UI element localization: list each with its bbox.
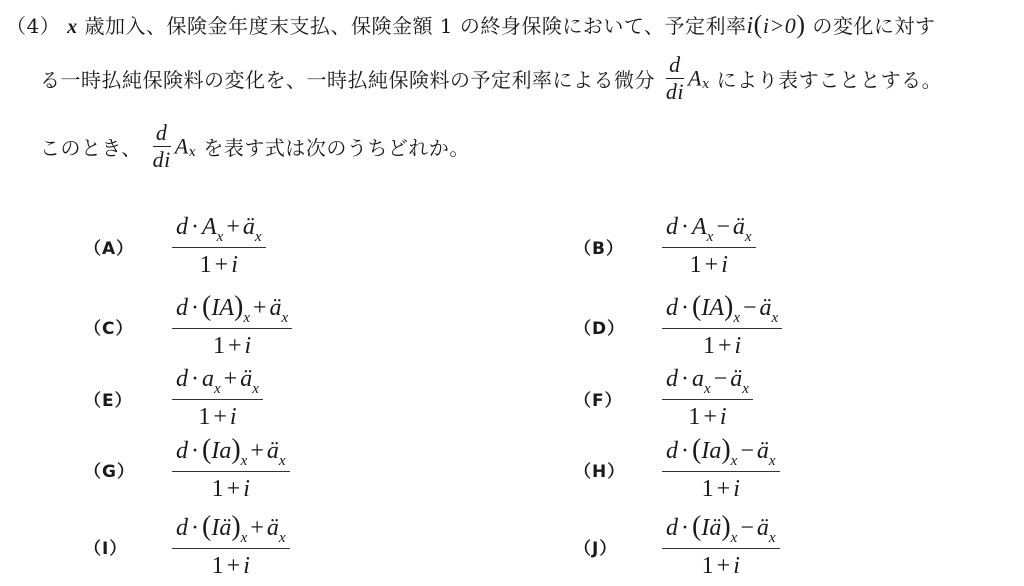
rparen: ): [231, 434, 240, 465]
dot: ·: [681, 214, 689, 240]
denominator: 1+i: [172, 329, 292, 361]
operator: +: [224, 366, 238, 392]
option-label: （I）: [84, 534, 172, 559]
annuity-due: ä: [733, 214, 745, 240]
den-one: 1: [212, 553, 224, 579]
operator: −: [740, 515, 754, 541]
annuity-due: ä: [240, 366, 252, 392]
den-plus: +: [717, 476, 731, 502]
den-i: i: [720, 404, 727, 430]
denominator: 1+i: [662, 472, 780, 504]
operator: +: [250, 438, 264, 464]
denominator: 1+i: [662, 549, 780, 581]
question-line-3: このとき、 d di Ax を表す式は次のうちどれか。: [40, 120, 470, 173]
var-d: d: [176, 438, 188, 464]
term: Ia: [701, 438, 721, 464]
den-plus: +: [703, 404, 717, 430]
cond-inner: i>0: [763, 13, 796, 38]
rparen: ): [721, 434, 730, 465]
dot: ·: [681, 438, 689, 464]
term: Ia: [211, 438, 231, 464]
option-formula: d·ax+äx 1+i: [172, 364, 263, 432]
lparen: (: [692, 291, 701, 322]
option-formula: d·(Ia)x−äx 1+i: [662, 435, 780, 504]
operator: −: [714, 366, 728, 392]
option-e[interactable]: （E） d·ax+äx 1+i: [84, 364, 263, 432]
term: a: [202, 366, 214, 392]
question-line-2: る一時払純保険料の変化を、一時払純保険料の予定利率による微分 d di Ax に…: [40, 52, 942, 105]
var-d: d: [666, 214, 678, 240]
sub-x: x: [279, 530, 286, 546]
den-i: i: [721, 252, 728, 278]
den-plus: +: [215, 252, 229, 278]
var-d: d: [666, 438, 678, 464]
option-label: （D）: [574, 314, 662, 339]
sub-x: x: [731, 530, 738, 546]
cond-close: ): [796, 10, 805, 39]
var-d: d: [176, 515, 188, 541]
den-plus: +: [717, 553, 731, 579]
line2-text-b: により表すこととする。: [717, 68, 943, 92]
operator: −: [716, 214, 730, 240]
deriv-den: di: [153, 147, 171, 173]
denominator: 1+i: [172, 248, 266, 280]
option-label: （E）: [84, 386, 172, 411]
den-one: 1: [200, 252, 212, 278]
den-i: i: [733, 476, 740, 502]
numerator: d·(Iä)x−äx: [662, 512, 780, 549]
den-one: 1: [688, 404, 700, 430]
annuity-due: ä: [243, 214, 255, 240]
option-f[interactable]: （F） d·ax−äx 1+i: [574, 364, 753, 432]
option-label: （A）: [84, 234, 172, 259]
dot: ·: [681, 295, 689, 321]
den-one: 1: [702, 476, 714, 502]
term: IA: [701, 295, 724, 321]
option-a[interactable]: （A） d·Ax+äx 1+i: [84, 212, 266, 280]
line3-text-a: このとき、: [40, 136, 142, 160]
denominator: 1+i: [662, 248, 756, 280]
var-d: d: [176, 295, 188, 321]
dot: ·: [191, 214, 199, 240]
sub-x: x: [772, 310, 779, 326]
dot: ·: [681, 515, 689, 541]
sub-x: x: [769, 530, 776, 546]
option-formula: d·Ax+äx 1+i: [172, 212, 266, 280]
question-line-1: （4） x 歳加入、保険金年度末支払、保険金額 1 の終身保険において、予定利率…: [6, 10, 935, 40]
lparen: (: [202, 291, 211, 322]
den-i: i: [230, 404, 237, 430]
numerator: d·(Iä)x+äx: [172, 512, 290, 549]
sub-x: x: [707, 229, 714, 245]
term: IA: [211, 295, 234, 321]
var-x: x: [67, 16, 78, 38]
var-d: d: [666, 295, 678, 321]
dot: ·: [191, 295, 199, 321]
den-i: i: [243, 553, 250, 579]
lparen: (: [202, 434, 211, 465]
den-one: 1: [213, 333, 225, 359]
var-d: d: [176, 214, 188, 240]
sub-x: x: [769, 453, 776, 469]
term: Iä: [211, 515, 231, 541]
denominator: 1+i: [172, 549, 290, 581]
option-h[interactable]: （H） d·(Ia)x−äx 1+i: [574, 435, 780, 504]
option-label: （G）: [84, 457, 172, 482]
rparen: ): [721, 511, 730, 542]
denominator: 1+i: [662, 329, 782, 361]
lparen: (: [692, 511, 701, 542]
sub-x: x: [241, 530, 248, 546]
var-i: i: [747, 13, 754, 39]
den-plus: +: [718, 333, 732, 359]
derivative-d-di: d di: [666, 52, 684, 105]
sub-x: x: [742, 381, 749, 397]
den-plus: +: [228, 333, 242, 359]
term: A: [202, 214, 217, 240]
option-formula: d·(Iä)x−äx 1+i: [662, 512, 780, 581]
annuity-due: ä: [760, 295, 772, 321]
annuity-due: ä: [757, 438, 769, 464]
sub-x: x: [704, 381, 711, 397]
den-plus: +: [213, 404, 227, 430]
symbol-A: A: [175, 134, 189, 159]
term: A: [692, 214, 707, 240]
numerator: d·ax+äx: [172, 364, 263, 400]
dot: ·: [191, 515, 199, 541]
annuity-due: ä: [270, 295, 282, 321]
option-b[interactable]: （B） d·Ax−äx 1+i: [574, 212, 756, 280]
den-i: i: [245, 333, 252, 359]
deriv-num: d: [153, 120, 171, 147]
operator: −: [743, 295, 757, 321]
line3-text-b: を表す式は次のうちどれか。: [203, 136, 470, 160]
var-d: d: [666, 515, 678, 541]
den-plus: +: [227, 476, 241, 502]
cond-open: (: [754, 10, 763, 39]
question-number: （4）: [6, 14, 60, 38]
lparen: (: [692, 434, 701, 465]
den-i: i: [735, 333, 742, 359]
option-formula: d·(IA)x+äx 1+i: [172, 292, 292, 361]
option-j[interactable]: （J） d·(Iä)x−äx 1+i: [574, 512, 780, 581]
numerator: d·Ax+äx: [172, 212, 266, 248]
sub-x: x: [745, 229, 752, 245]
option-label: （C）: [84, 314, 172, 339]
sub-x: x: [214, 381, 221, 397]
symbol-A-sub: x: [702, 77, 710, 92]
option-label: （H）: [574, 457, 662, 482]
numerator: d·(Ia)x+äx: [172, 435, 290, 472]
den-i: i: [733, 553, 740, 579]
numerator: d·(Ia)x−äx: [662, 435, 780, 472]
sub-x: x: [252, 381, 259, 397]
den-plus: +: [705, 252, 719, 278]
sub-x: x: [731, 453, 738, 469]
lparen: (: [202, 511, 211, 542]
option-i[interactable]: （I） d·(Iä)x+äx 1+i: [84, 512, 290, 581]
sub-x: x: [282, 310, 289, 326]
option-label: （B）: [574, 234, 662, 259]
numerator: d·ax−äx: [662, 364, 753, 400]
den-one: 1: [198, 404, 210, 430]
var-d: d: [666, 366, 678, 392]
deriv-den: di: [666, 79, 684, 105]
option-c[interactable]: （C） d·(IA)x+äx 1+i: [84, 292, 292, 361]
operator: −: [740, 438, 754, 464]
annuity-due: ä: [757, 515, 769, 541]
option-formula: d·(IA)x−äx 1+i: [662, 292, 782, 361]
den-one: 1: [212, 476, 224, 502]
line1-text-b: の変化に対す: [812, 14, 935, 38]
option-label: （J）: [574, 534, 662, 559]
sub-x: x: [217, 229, 224, 245]
den-plus: +: [227, 553, 241, 579]
rparen: ): [234, 291, 243, 322]
operator: +: [253, 295, 267, 321]
denominator: 1+i: [172, 400, 263, 432]
derivative-d-di: d di: [153, 120, 171, 173]
sub-x: x: [241, 453, 248, 469]
option-d[interactable]: （D） d·(IA)x−äx 1+i: [574, 292, 782, 361]
line1-text-a: 歳加入、保険金年度末支払、保険金額 1 の終身保険において、予定利率: [84, 14, 746, 38]
den-i: i: [243, 476, 250, 502]
sub-x: x: [733, 310, 740, 326]
deriv-num: d: [666, 52, 684, 79]
sub-x: x: [255, 229, 262, 245]
denominator: 1+i: [172, 472, 290, 504]
numerator: d·Ax−äx: [662, 212, 756, 248]
option-g[interactable]: （G） d·(Ia)x+äx 1+i: [84, 435, 290, 504]
denominator: 1+i: [662, 400, 753, 432]
term: Iä: [701, 515, 721, 541]
annuity-due: ä: [267, 515, 279, 541]
line2-text-a: る一時払純保険料の変化を、一時払純保険料の予定利率による微分: [40, 68, 655, 92]
option-formula: d·(Ia)x+äx 1+i: [172, 435, 290, 504]
annuity-due: ä: [730, 366, 742, 392]
den-i: i: [231, 252, 238, 278]
rparen: ): [231, 511, 240, 542]
symbol-A: A: [688, 66, 702, 91]
rparen: ): [724, 291, 733, 322]
symbol-A-sub: x: [189, 145, 197, 160]
dot: ·: [191, 438, 199, 464]
option-formula: d·ax−äx 1+i: [662, 364, 753, 432]
option-formula: d·(Iä)x+äx 1+i: [172, 512, 290, 581]
dot: ·: [191, 366, 199, 392]
annuity-due: ä: [267, 438, 279, 464]
sub-x: x: [279, 453, 286, 469]
sub-x: x: [243, 310, 250, 326]
den-one: 1: [690, 252, 702, 278]
numerator: d·(IA)x−äx: [662, 292, 782, 329]
dot: ·: [681, 366, 689, 392]
den-one: 1: [703, 333, 715, 359]
den-one: 1: [702, 553, 714, 579]
var-d: d: [176, 366, 188, 392]
option-label: （F）: [574, 386, 662, 411]
numerator: d·(IA)x+äx: [172, 292, 292, 329]
operator: +: [250, 515, 264, 541]
term: a: [692, 366, 704, 392]
operator: +: [226, 214, 240, 240]
option-formula: d·Ax−äx 1+i: [662, 212, 756, 280]
